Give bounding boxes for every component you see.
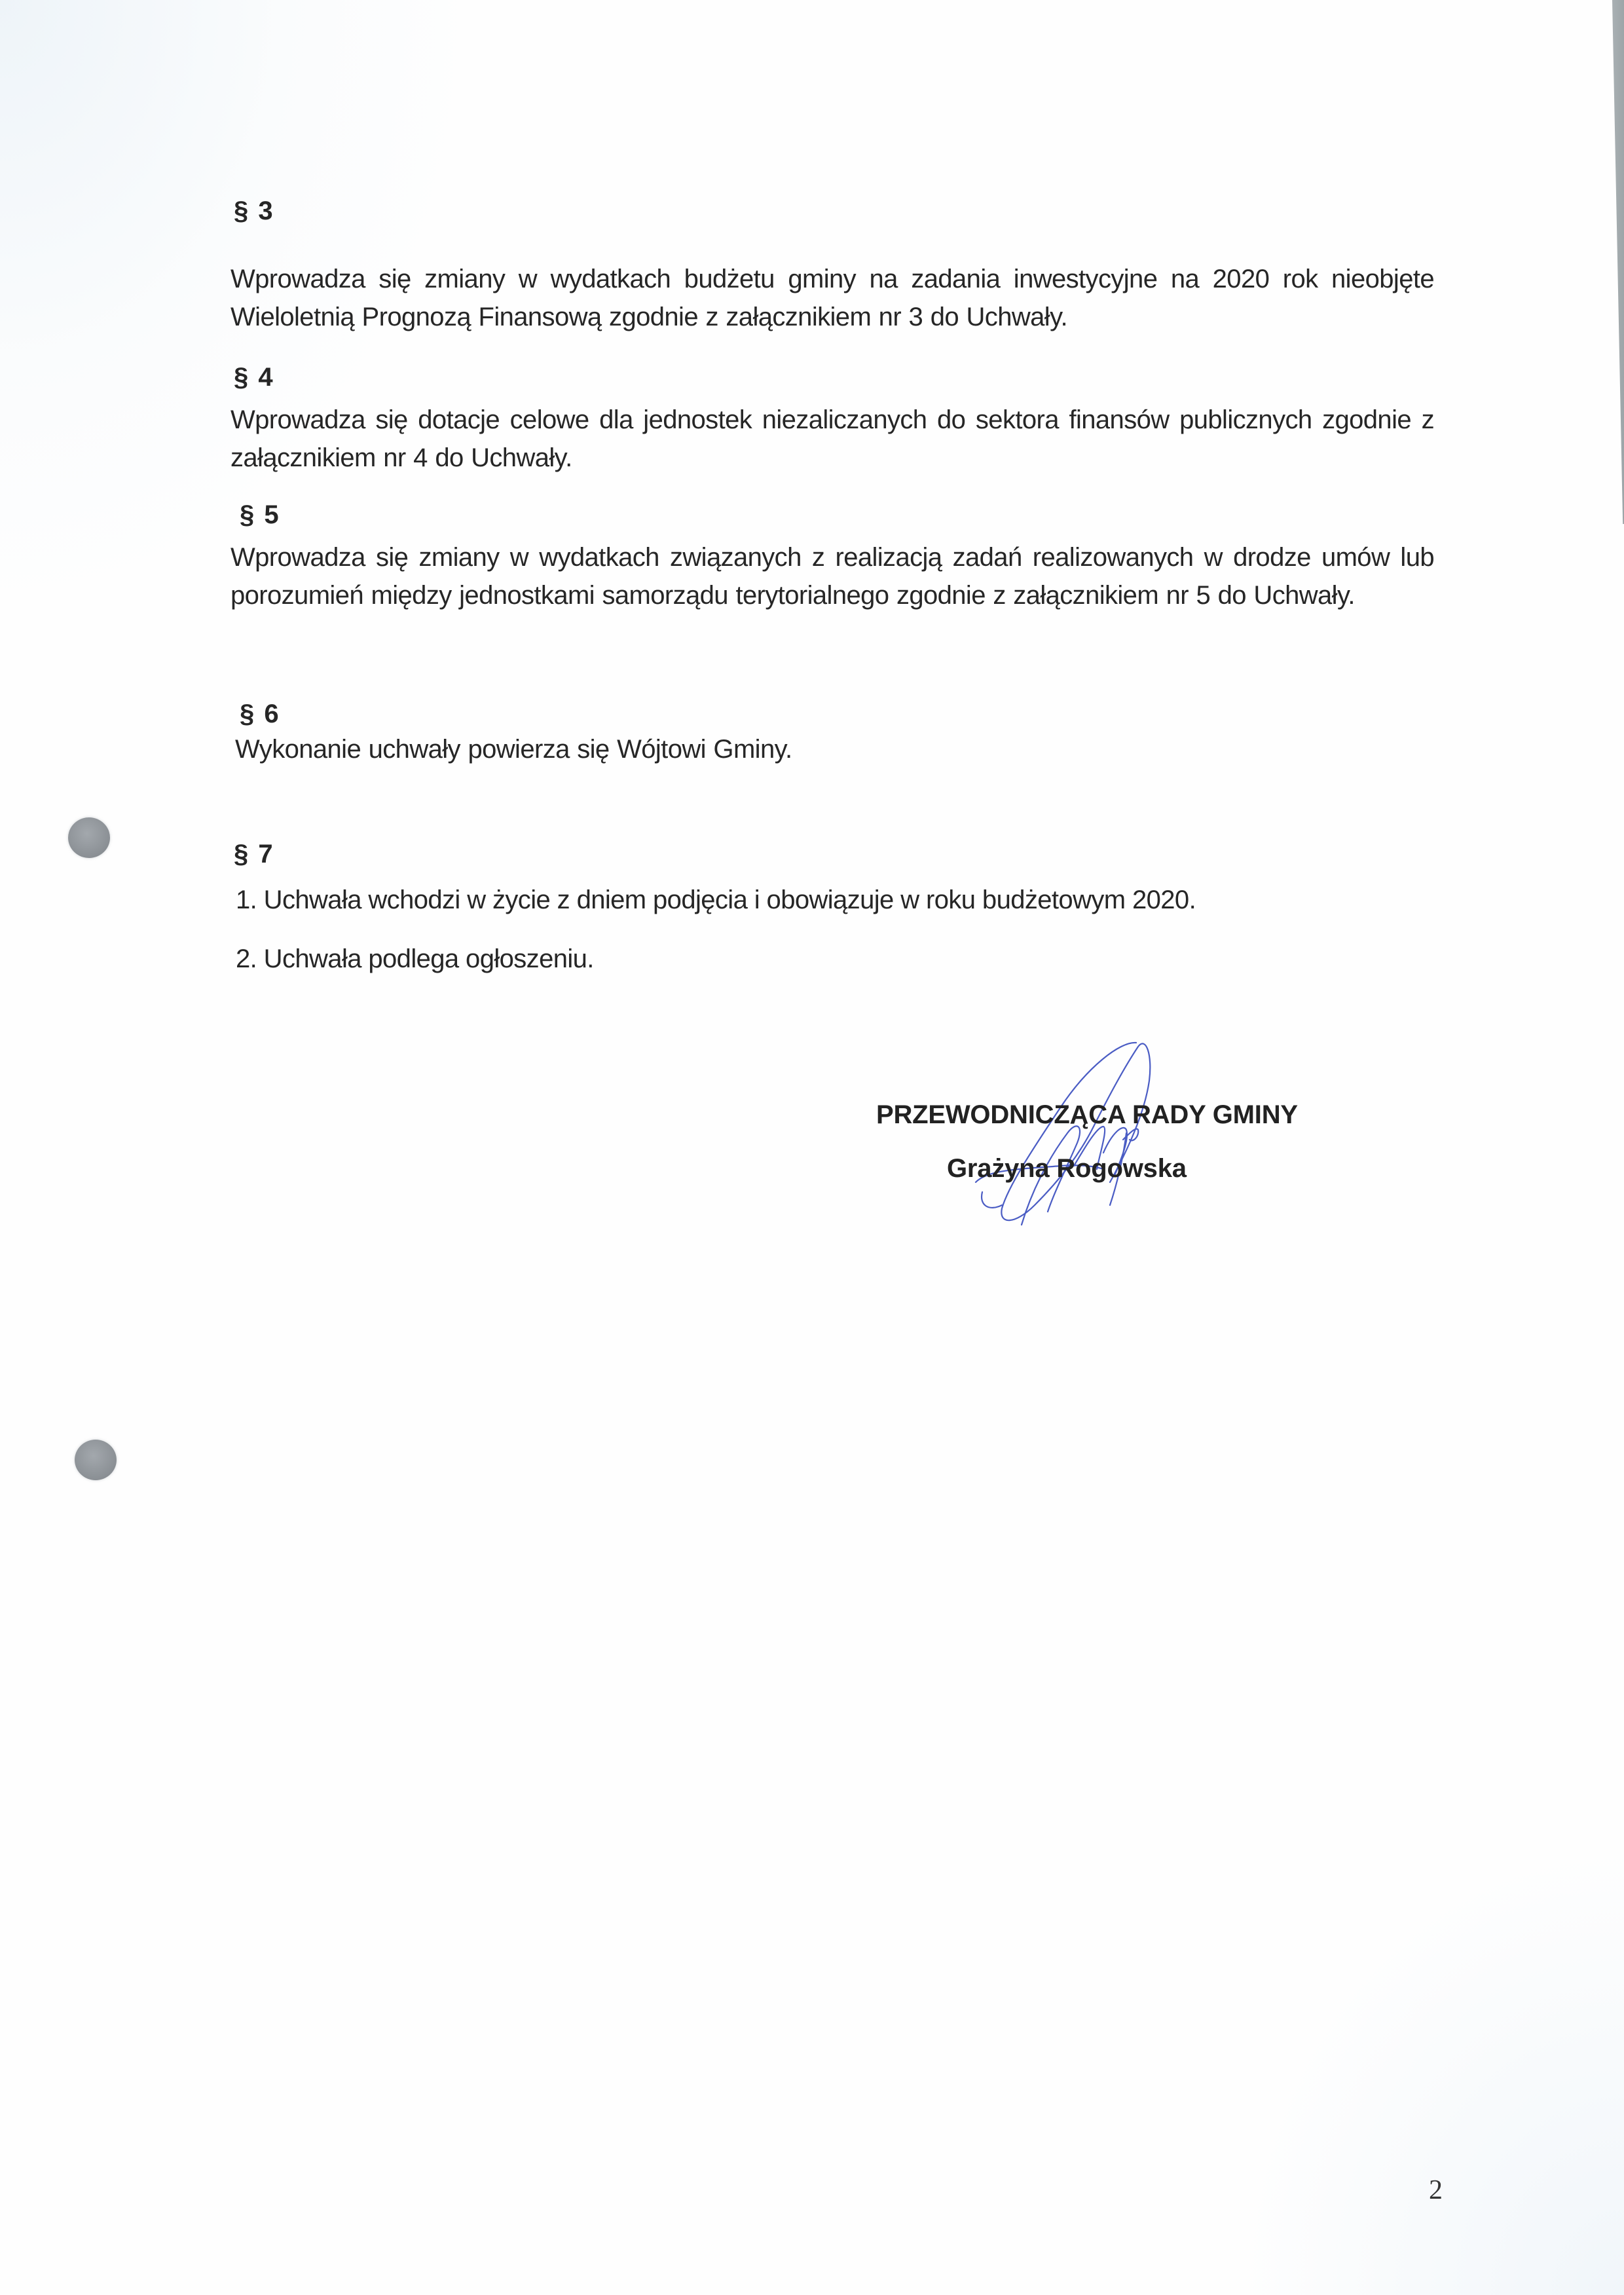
section-heading-6: § 6 [240, 698, 280, 730]
scan-edge-shadow [1612, 0, 1624, 524]
page-number: 2 [1429, 2176, 1443, 2205]
section-heading-3: § 3 [234, 195, 274, 227]
punch-hole [68, 817, 110, 858]
section-heading-7: § 7 [234, 838, 274, 870]
section-heading-4: § 4 [234, 362, 274, 393]
section-text-6: Wykonanie uchwały powierza się Wójtowi G… [235, 730, 1439, 768]
list-item: 2. Uchwała podlega ogłoszeniu. [236, 943, 594, 975]
section-text-5: Wprowadza się zmiany w wydatkach związan… [231, 538, 1434, 614]
section-text-4: Wprowadza się dotacje celowe dla jednost… [231, 401, 1434, 477]
section-text-3: Wprowadza się zmiany w wydatkach budżetu… [231, 260, 1434, 336]
list-item: 1. Uchwała wchodzi w życie z dniem podję… [236, 884, 1196, 916]
punch-hole [75, 1440, 117, 1480]
signature-title: PRZEWODNICZĄCA RADY GMINY [876, 1099, 1298, 1130]
handwritten-signature-icon [963, 1028, 1185, 1244]
section-heading-5: § 5 [240, 499, 280, 531]
scan-tint [1231, 1837, 1624, 2295]
signatory-name: Grażyna Rogowska [947, 1153, 1187, 1184]
